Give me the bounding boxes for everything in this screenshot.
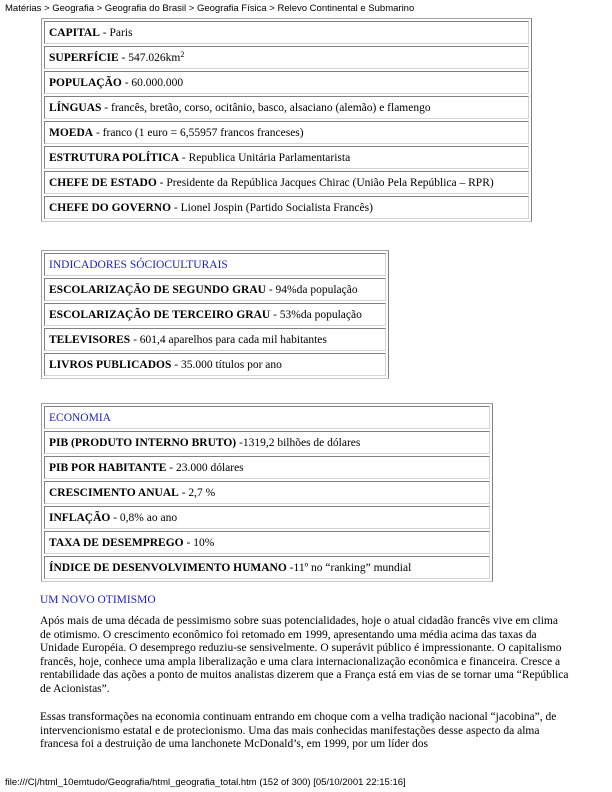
capital-cell: CAPITAL - Paris xyxy=(44,21,529,44)
gdp-per-capita-cell: PIB POR HABITANTE - 23.000 dólares xyxy=(44,456,490,479)
tertiary-schooling-cell: ESCOLARIZAÇÃO DE TERCEIRO GRAU - 53%da p… xyxy=(44,303,386,326)
table-row: LIVROS PUBLICADOS - 35.000 títulos por a… xyxy=(44,353,386,376)
gdp-cell: PIB (PRODUTO INTERNO BRUTO) -1319,2 bilh… xyxy=(44,431,490,454)
table-row: ESCOLARIZAÇÃO DE SEGUNDO GRAU - 94%da po… xyxy=(44,278,386,301)
table-row: PIB POR HABITANTE - 23.000 dólares xyxy=(44,456,490,479)
languages-cell: LÍNGUAS - francês, bretão, corso, ocitân… xyxy=(44,96,529,119)
population-cell: POPULAÇÃO - 60.000.000 xyxy=(44,71,529,94)
table-row: PIB (PRODUTO INTERNO BRUTO) -1319,2 bilh… xyxy=(44,431,490,454)
economy-heading: ECONOMIA xyxy=(44,406,490,429)
currency-cell: MOEDA - franco (1 euro = 6,55957 francos… xyxy=(44,121,529,144)
unemployment-cell: TAXA DE DESEMPREGO - 10% xyxy=(44,531,490,554)
table-row: SUPERFÍCIE - 547.026km2 xyxy=(44,46,529,69)
table-row: POPULAÇÃO - 60.000.000 xyxy=(44,71,529,94)
general-info-table: CAPITAL - Paris SUPERFÍCIE - 547.026km2 … xyxy=(41,18,532,222)
table-heading-row: INDICADORES SÓCIOCULTURAIS xyxy=(44,253,386,276)
table-row: ESTRUTURA POLÍTICA - Republica Unitária … xyxy=(44,146,529,169)
surface-cell: SUPERFÍCIE - 547.026km2 xyxy=(44,46,529,69)
hdi-cell: ÍNDICE DE DESENVOLVIMENTO HUMANO -11º no… xyxy=(44,556,490,579)
table-row: TELEVISORES - 601,4 aparelhos para cada … xyxy=(44,328,386,351)
breadcrumb: Matérias > Geografia > Geografia do Bras… xyxy=(5,3,414,14)
economy-table: ECONOMIA PIB (PRODUTO INTERNO BRUTO) -13… xyxy=(41,403,493,582)
table-row: CHEFE DE ESTADO - Presidente da Repúblic… xyxy=(44,171,529,194)
secondary-schooling-cell: ESCOLARIZAÇÃO DE SEGUNDO GRAU - 94%da po… xyxy=(44,278,386,301)
table-row: ÍNDICE DE DESENVOLVIMENTO HUMANO -11º no… xyxy=(44,556,490,579)
table-row: MOEDA - franco (1 euro = 6,55957 francos… xyxy=(44,121,529,144)
annual-growth-cell: CRESCIMENTO ANUAL - 2,7 % xyxy=(44,481,490,504)
section-title: UM NOVO OTIMISMO xyxy=(40,594,156,606)
table-row: CAPITAL - Paris xyxy=(44,21,529,44)
televisions-cell: TELEVISORES - 601,4 aparelhos para cada … xyxy=(44,328,386,351)
table-row: CRESCIMENTO ANUAL - 2,7 % xyxy=(44,481,490,504)
political-structure-cell: ESTRUTURA POLÍTICA - Republica Unitária … xyxy=(44,146,529,169)
table-row: CHEFE DO GOVERNO - Lionel Jospin (Partid… xyxy=(44,196,529,219)
table-heading-row: ECONOMIA xyxy=(44,406,490,429)
books-published-cell: LIVROS PUBLICADOS - 35.000 títulos por a… xyxy=(44,353,386,376)
paragraph: Após mais de uma década de pessimismo so… xyxy=(40,615,570,696)
table-row: TAXA DE DESEMPREGO - 10% xyxy=(44,531,490,554)
paragraph: Essas transformações na economia continu… xyxy=(40,711,570,752)
table-row: ESCOLARIZAÇÃO DE TERCEIRO GRAU - 53%da p… xyxy=(44,303,386,326)
head-of-government-cell: CHEFE DO GOVERNO - Lionel Jospin (Partid… xyxy=(44,196,529,219)
table-row: INFLAÇÃO - 0,8% ao ano xyxy=(44,506,490,529)
head-of-state-cell: CHEFE DE ESTADO - Presidente da Repúblic… xyxy=(44,171,529,194)
sociocultural-table: INDICADORES SÓCIOCULTURAIS ESCOLARIZAÇÃO… xyxy=(41,250,389,379)
inflation-cell: INFLAÇÃO - 0,8% ao ano xyxy=(44,506,490,529)
sociocultural-heading: INDICADORES SÓCIOCULTURAIS xyxy=(44,253,386,276)
page-footer: file:///C|/html_10emtudo/Geografia/html_… xyxy=(5,777,406,788)
table-row: LÍNGUAS - francês, bretão, corso, ocitân… xyxy=(44,96,529,119)
